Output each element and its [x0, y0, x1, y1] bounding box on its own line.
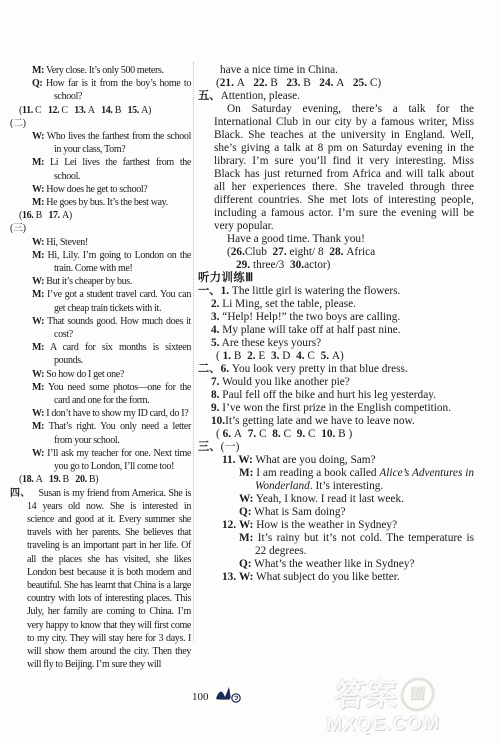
text-line: Have a good time. Thank you! — [198, 233, 474, 246]
text-line: (26.Club 27. eight/ 8 28. Africa — [198, 246, 474, 259]
text-line: W: Yeah, I know. I read it last week. — [198, 493, 474, 506]
text-line: 8. Paul fell off the bike and hurt his l… — [198, 389, 474, 402]
text-line: 13. W: What subject do you like better. — [198, 571, 474, 584]
publisher-bird-logo-icon — [214, 685, 246, 710]
text-line: Q: What’s the weather like in Sydney? — [198, 558, 474, 571]
watermark-domain: MXQE.COM — [272, 712, 493, 738]
text-line: 9. I’ve won the first prize in the Engli… — [198, 402, 474, 415]
text-line: 二、6. You look very pretty in that blue d… — [198, 363, 474, 376]
text-line: 4. My plane will take off at half past n… — [198, 324, 474, 337]
text-line: ( 6. A 7. C 8. C 9. C 10. B ) — [198, 428, 474, 441]
text-line: W: How does he get to school? — [10, 183, 191, 196]
text-line: W: Who lives the farthest from the schoo… — [10, 130, 191, 156]
text-line: W: So how do I get one? — [10, 368, 191, 381]
text-line: M: It’s rainy but it’s not cold. The tem… — [198, 532, 474, 558]
text-line: W: I’ll ask my teacher for one. Next tim… — [10, 447, 191, 473]
text-line: 2. Li Ming, set the table, please. — [198, 298, 474, 311]
page-number: 100 — [192, 691, 209, 703]
text-line: M: That’s right. You only need a letter … — [10, 420, 191, 446]
column-divider — [193, 62, 194, 642]
text-line: M: Hi, Lily. I’m going to London on the … — [10, 249, 191, 275]
text-line: 一、1. The little girl is watering the flo… — [198, 285, 474, 298]
scanned-answer-page: M: Very close. It’s only 500 meters.Q: H… — [0, 0, 500, 744]
text-line: W: But it’s cheaper by bus. — [10, 275, 191, 288]
text-line: 29. three/3 30.actor) — [198, 259, 474, 272]
text-line: Q: How far is it from the boy’s home to … — [10, 77, 191, 103]
text-line: 五、Attention, please. — [198, 90, 474, 103]
text-line: 12. W: How is the weather in Sydney? — [198, 519, 474, 532]
text-line: (11. C 12. C 13. A 14. B 15. A) — [10, 104, 191, 117]
text-line: W: That sounds good. How much does it co… — [10, 315, 191, 341]
text-line: (21. A 22. B 23. B 24. A 25. C) — [198, 77, 474, 90]
text-line: Q: What is Sam doing? — [198, 506, 474, 519]
text-line: 5. Are these keys yours? — [198, 337, 474, 350]
text-line: (二) — [10, 117, 191, 130]
text-line: M: A card for six months is sixteen poun… — [10, 341, 191, 367]
text-line: (16. B 17. A) — [10, 209, 191, 222]
text-line: M: I’ve got a student travel card. You c… — [10, 288, 191, 314]
text-line: M: Very close. It’s only 500 meters. — [10, 64, 191, 77]
watermark: 答案 圈 MXQE.COM — [272, 676, 495, 738]
text-line: 三、(一) — [198, 441, 474, 454]
text-line: On Saturday evening, there’s a talk for … — [198, 103, 474, 233]
text-line: (三) — [10, 222, 191, 235]
watermark-title-text: 答案 — [334, 678, 398, 713]
text-line: M: Li Lei lives the farthest from the sc… — [10, 156, 191, 182]
right-text-column: have a nice time in China.(21. A 22. B 2… — [198, 64, 474, 584]
text-line: W: I don’t have to show my ID card, do I… — [10, 407, 191, 420]
text-line: 听力训练Ⅲ — [198, 272, 474, 285]
text-line: ( 1. B 2. E 3. D 4. C 5. A) — [198, 350, 474, 363]
text-line: (18. A 19. B 20. B) — [10, 473, 191, 486]
text-line: M: You need some photos—one for the card… — [10, 381, 191, 407]
left-text-column: M: Very close. It’s only 500 meters.Q: H… — [10, 64, 191, 671]
watermark-circle-char: 圈 — [409, 677, 426, 711]
text-line: have a nice time in China. — [198, 64, 474, 77]
text-line: M: He goes by bus. It’s the best way. — [10, 196, 191, 209]
text-line: W: Hi, Steven! — [10, 236, 191, 249]
watermark-title: 答案 圈 — [274, 676, 496, 714]
watermark-circle-icon: 圈 — [399, 677, 435, 712]
text-line: M: I am reading a book called Alice’s Ad… — [198, 467, 474, 493]
text-line: 11. W: What are you doing, Sam? — [198, 454, 474, 467]
text-line: 四、 Susan is my friend from America. She … — [10, 487, 191, 672]
text-line: 10.It’s getting late and we have to leav… — [198, 415, 474, 428]
text-line: 3. “Help! Help!” the two boys are callin… — [198, 311, 474, 324]
text-line: 7. Would you like another pie? — [198, 376, 474, 389]
